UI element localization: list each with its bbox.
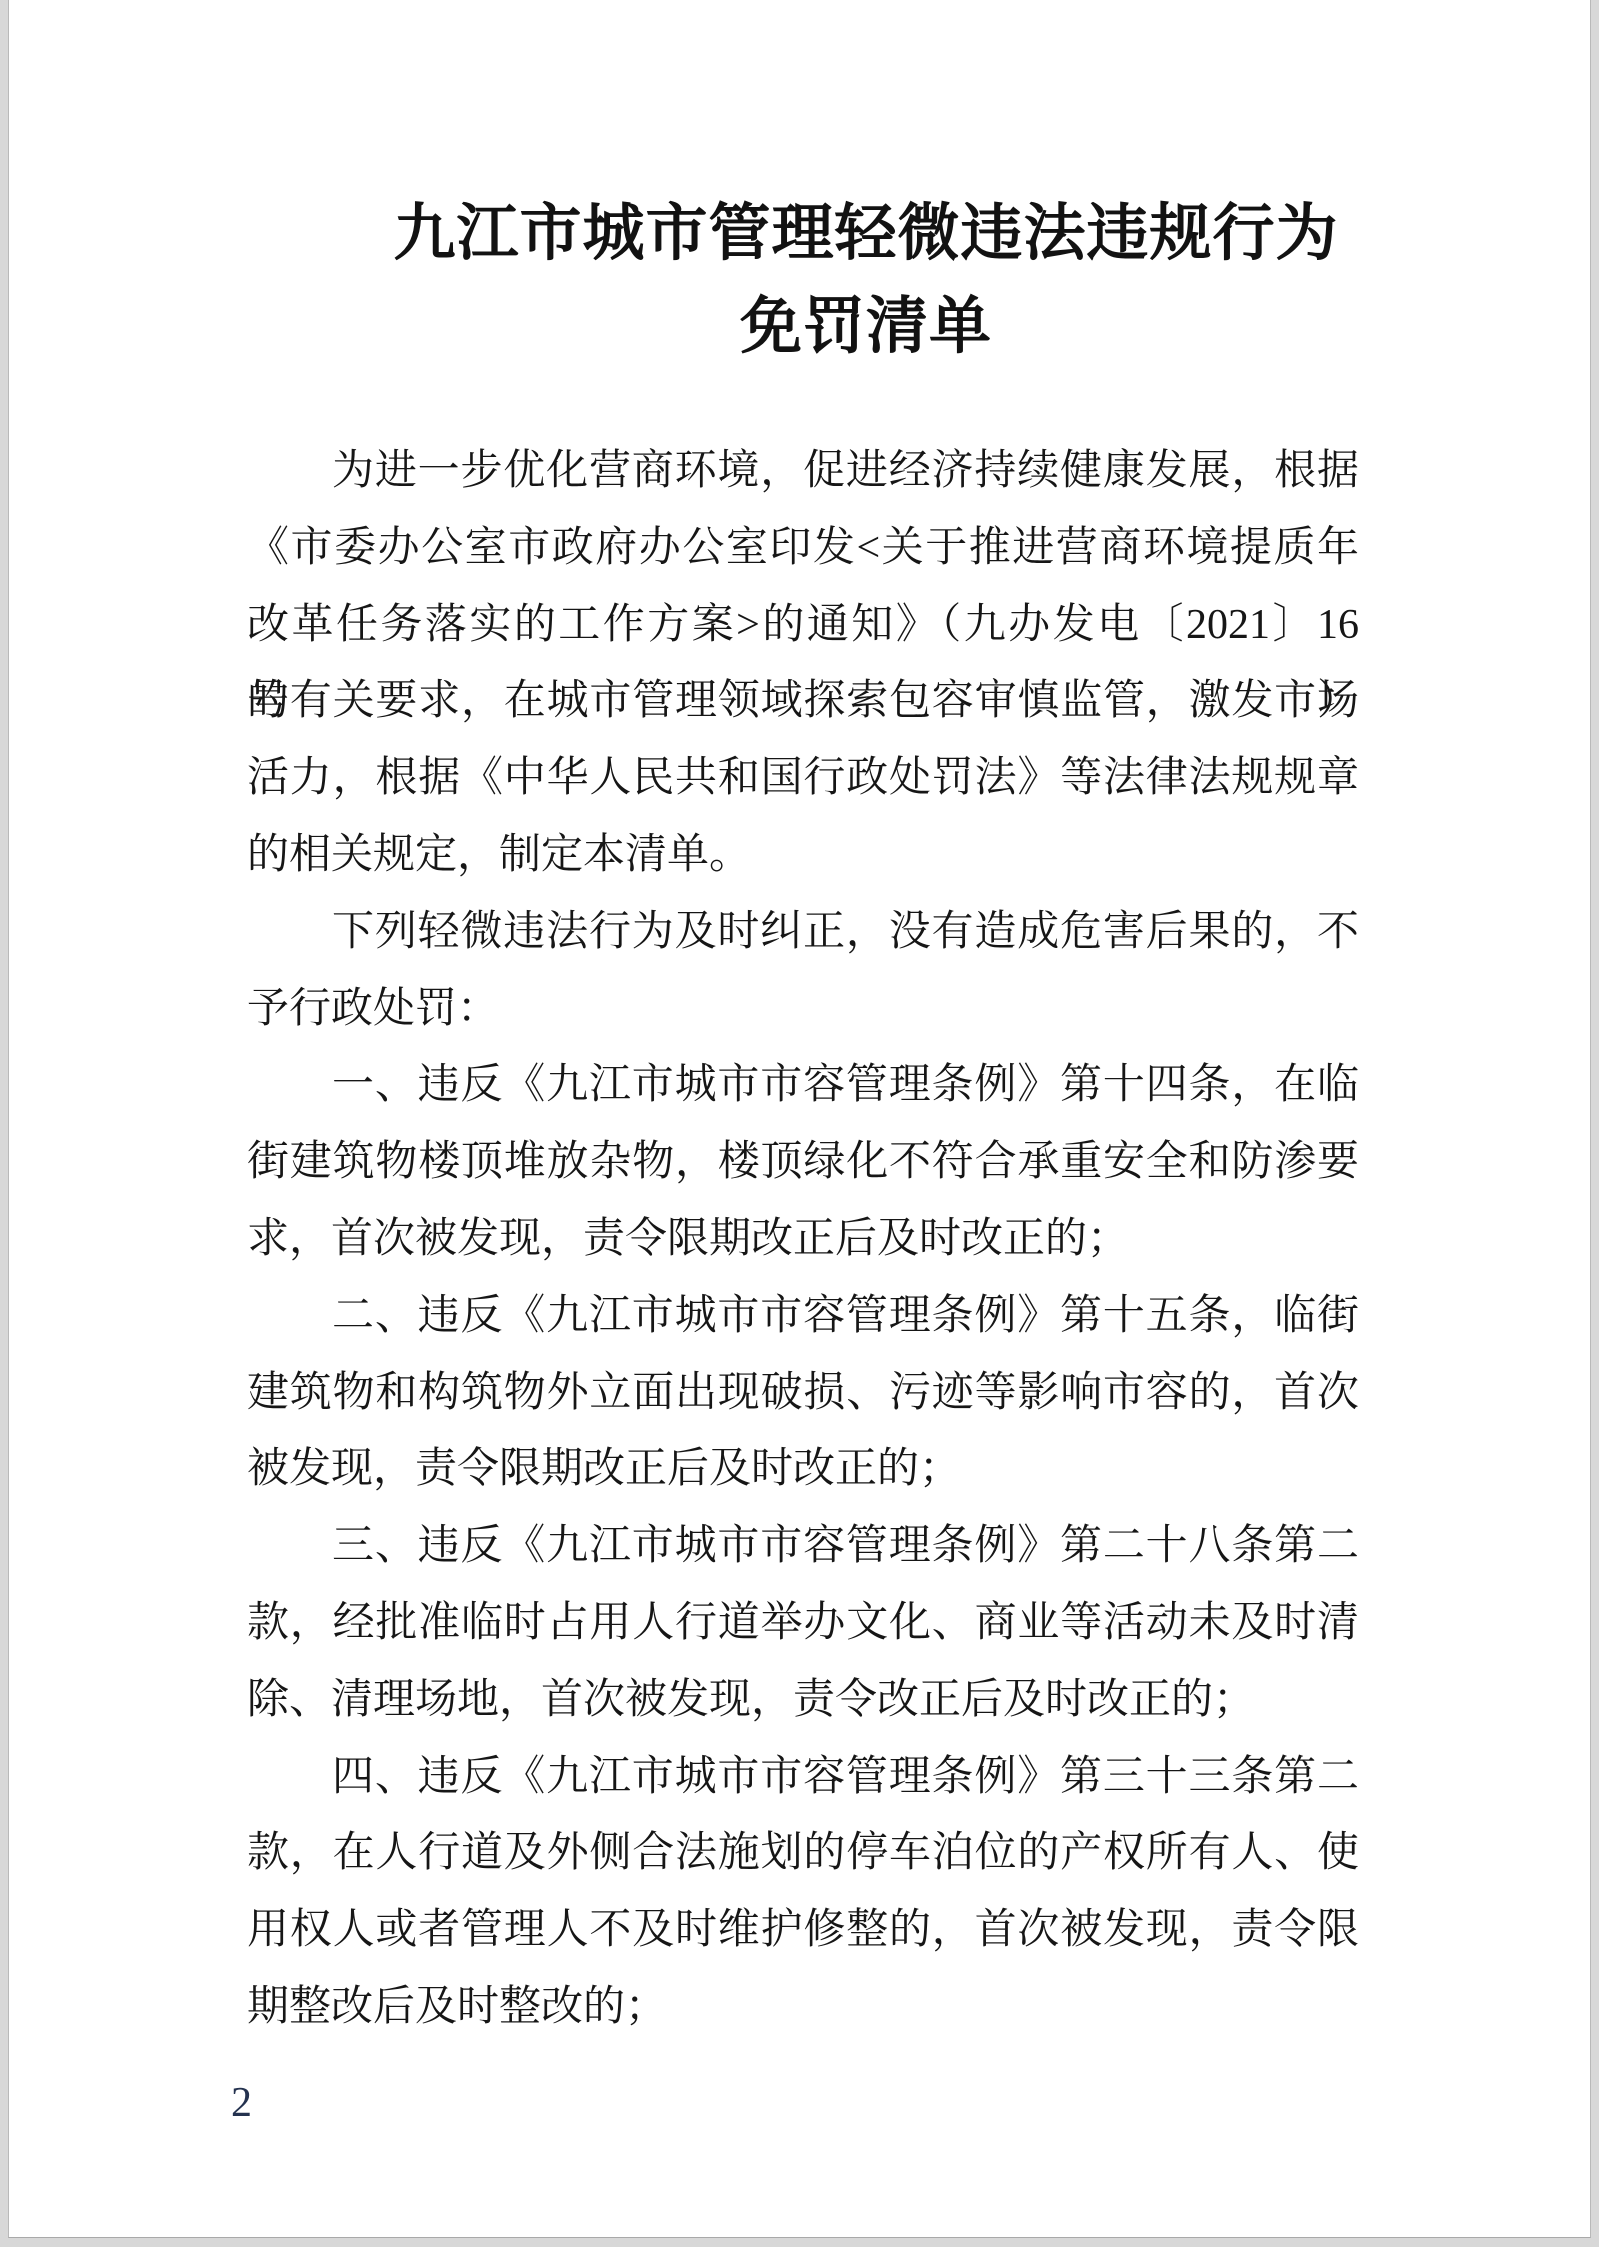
text-line: 被发现，责令限期改正后及时改正的；	[247, 1431, 1359, 1508]
text-line: 街建筑物楼顶堆放杂物，楼顶绿化不符合承重安全和防渗要	[247, 1124, 1359, 1201]
text-line: 改革任务落实的工作方案>的通知》（九办发电〔2021〕16号）	[247, 587, 1359, 664]
text-line: 《市委办公室市政府办公室印发<关于推进营商环境提质年	[247, 510, 1359, 587]
text-line: 款，经批准临时占用人行道举办文化、商业等活动未及时清	[247, 1585, 1359, 1662]
text-line: 予行政处罚：	[247, 971, 1359, 1048]
text-line: 的相关规定，制定本清单。	[247, 817, 1359, 894]
document-title: 九江市城市管理轻微违法违规行为 免罚清单	[311, 188, 1421, 374]
text-line: 二、违反《九江市城市市容管理条例》第十五条，临街	[247, 1278, 1359, 1355]
document-body: 为进一步优化营商环境，促进经济持续健康发展，根据《市委办公室市政府办公室印发<关…	[247, 433, 1359, 2046]
text-line: 用权人或者管理人不及时维护修整的，首次被发现，责令限	[247, 1892, 1359, 1969]
document-page: 九江市城市管理轻微违法违规行为 免罚清单 为进一步优化营商环境，促进经济持续健康…	[8, 0, 1591, 2238]
text-line: 一、违反《九江市城市市容管理条例》第十四条，在临	[247, 1047, 1359, 1124]
text-line: 求，首次被发现，责令限期改正后及时改正的；	[247, 1201, 1359, 1278]
document-title-line-2: 免罚清单	[311, 281, 1421, 374]
text-line: 除、清理场地，首次被发现，责令改正后及时改正的；	[247, 1662, 1359, 1739]
page-number: 2	[231, 2078, 252, 2128]
text-line: 建筑物和构筑物外立面出现破损、污迹等影响市容的，首次	[247, 1355, 1359, 1432]
text-line: 为进一步优化营商环境，促进经济持续健康发展，根据	[247, 433, 1359, 510]
document-viewer-background: 九江市城市管理轻微违法违规行为 免罚清单 为进一步优化营商环境，促进经济持续健康…	[0, 0, 1599, 2247]
document-title-line-1: 九江市城市管理轻微违法违规行为	[311, 188, 1421, 281]
text-line: 三、违反《九江市城市市容管理条例》第二十八条第二	[247, 1508, 1359, 1585]
text-line: 活力，根据《中华人民共和国行政处罚法》等法律法规规章	[247, 740, 1359, 817]
text-line: 的有关要求，在城市管理领域探索包容审慎监管，激发市场	[247, 663, 1359, 740]
text-line: 四、违反《九江市城市市容管理条例》第三十三条第二	[247, 1739, 1359, 1816]
text-line: 期整改后及时整改的；	[247, 1969, 1359, 2046]
text-line: 下列轻微违法行为及时纠正，没有造成危害后果的，不	[247, 894, 1359, 971]
text-line: 款，在人行道及外侧合法施划的停车泊位的产权所有人、使	[247, 1815, 1359, 1892]
